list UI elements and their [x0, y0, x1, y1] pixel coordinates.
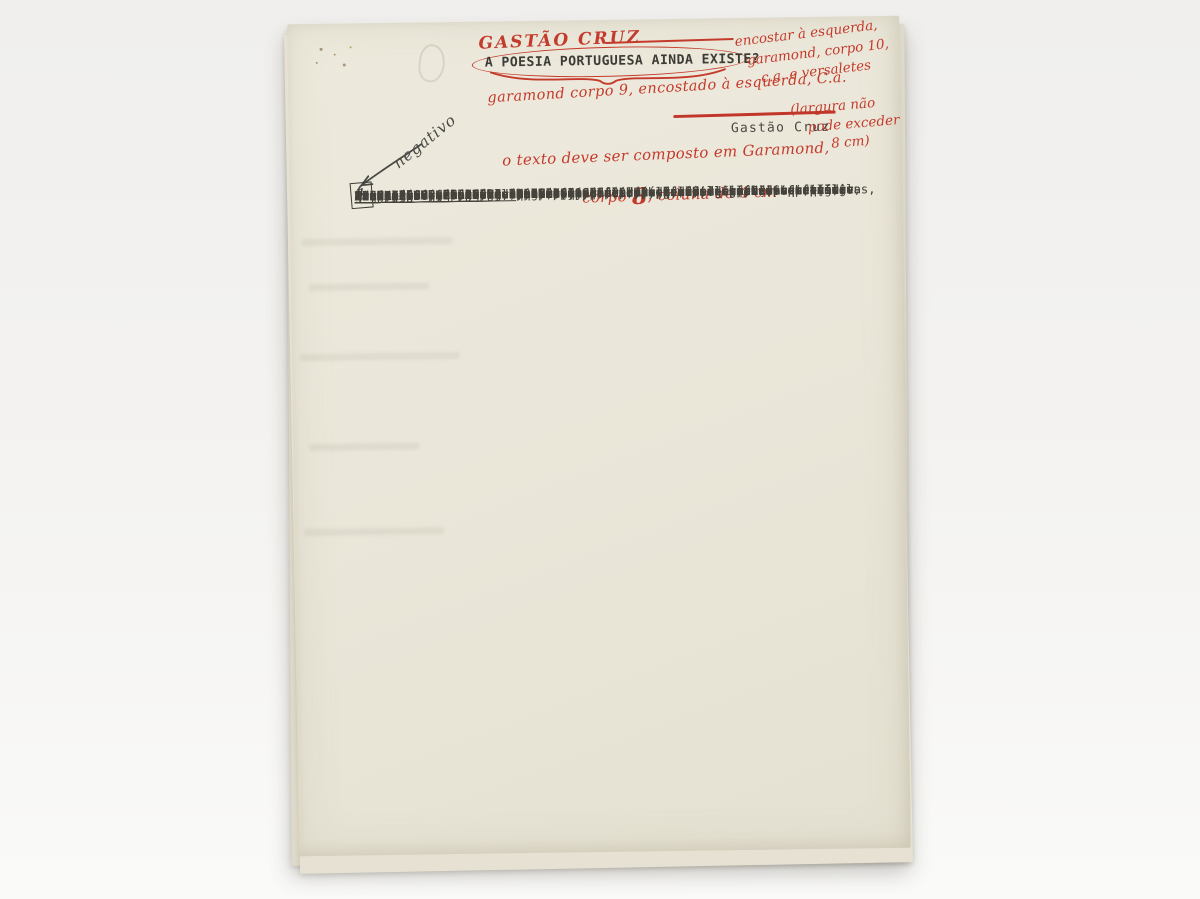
- show-through-text: [302, 237, 452, 246]
- show-through-text: [304, 527, 444, 536]
- red-strikethrough: [674, 111, 836, 118]
- paper-speck: [334, 54, 336, 56]
- paper-speck: [316, 62, 318, 64]
- paper-speck: [343, 63, 346, 66]
- faint-pencil-mark: [417, 43, 448, 84]
- show-through-text: [309, 443, 419, 452]
- show-through-text: [300, 352, 460, 361]
- paper-speck: [320, 48, 323, 51]
- paper-speck: [350, 46, 352, 48]
- photograph-of-typescript: GASTÃO CRUZ A POESIA PORTUGUESA AINDA EX…: [0, 0, 1200, 899]
- typescript-page: GASTÃO CRUZ A POESIA PORTUGUESA AINDA EX…: [287, 16, 911, 856]
- show-through-text: [309, 282, 429, 291]
